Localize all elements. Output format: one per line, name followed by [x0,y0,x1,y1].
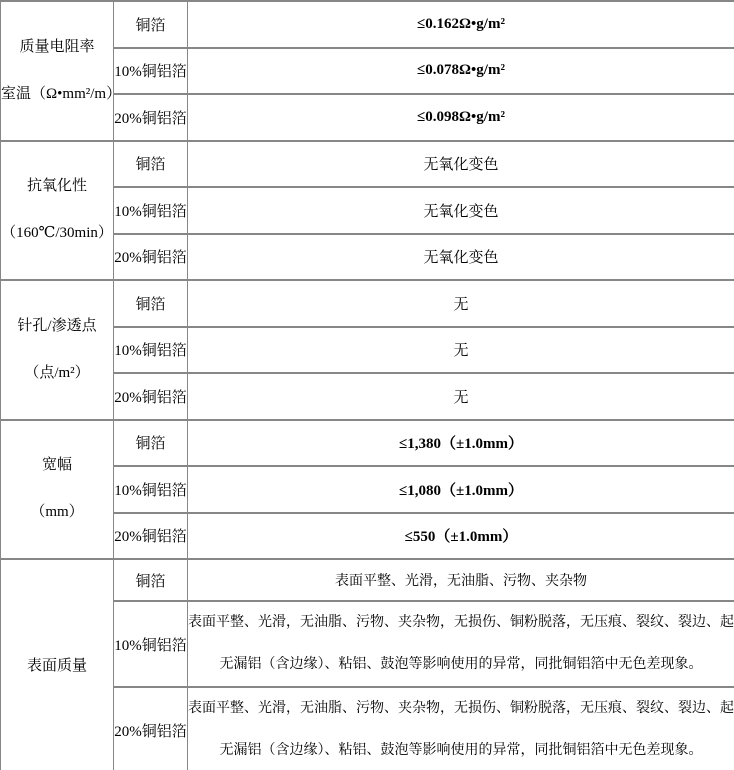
group-header-pinhole: 针孔/渗透点 （点/m²） [1,280,114,420]
spec-value-cell: ≤550（±1.0mm） [188,513,734,560]
table-row: 宽幅 （mm） 铜箔 ≤1,380（±1.0mm） [1,420,734,467]
group-header-line1: 宽幅 [1,442,113,489]
group-header-line2: 室温（Ω•mm²/m） [1,71,113,118]
spec-value-cell: 无氧化变色 [188,141,734,188]
foil-type-cell: 20%铜铝箔 [114,513,188,560]
spec-value: 无 [453,390,468,406]
group-header-line2: （mm） [1,489,113,536]
table-row: 表面质量 铜箔 表面平整、光滑，无油脂、污物、夹杂物 [1,559,734,601]
group-header-line1: 抗氧化性 [1,163,113,210]
spec-value-cell: ≤1,380（±1.0mm） [188,420,734,467]
spec-value: ≤0.078Ω•g/m² [417,62,505,78]
foil-type-cell: 10%铜铝箔 [114,601,188,687]
spec-value-cell: 无氧化变色 [188,187,734,234]
table-row: 质量电阻率 室温（Ω•mm²/m） 铜箔 ≤0.162Ω•g/m² [1,1,734,48]
foil-type-cell: 10%铜铝箔 [114,48,188,95]
group-header-width: 宽幅 （mm） [1,420,114,560]
spec-value-cell: 无氧化变色 [188,234,734,281]
spec-value: 无氧化变色 [423,204,498,220]
spec-value-line2: 无漏铝（含边缘）、粘铝、鼓泡等影响使用的异常，同批铜铝箔中无色差现象。 [188,730,734,770]
spec-value-line1: 表面平整、光滑，无油脂、污物、夹杂物，无损伤、铜粉脱落，无压痕、裂纹、裂边、起皮… [188,602,734,644]
spec-value: 无 [453,343,468,359]
spec-value-cell: 表面平整、光滑，无油脂、污物、夹杂物，无损伤、铜粉脱落，无压痕、裂纹、裂边、起皮… [188,601,734,687]
spec-value: ≤1,080（±1.0mm） [399,483,523,499]
group-header-line1: 针孔/渗透点 [1,303,113,350]
foil-type-cell: 铜箔 [114,280,188,327]
group-header-line1: 表面质量 [1,656,113,676]
spec-value: ≤550（±1.0mm） [405,529,518,545]
group-header-line2: （点/m²） [1,350,113,397]
spec-value: 无氧化变色 [423,157,498,173]
spec-value-line2: 无漏铝（含边缘）、粘铝、鼓泡等影响使用的异常，同批铜铝箔中无色差现象。 [188,644,734,686]
spec-value: 表面平整、光滑，无油脂、污物、夹杂物 [335,574,587,589]
group-header-surface: 表面质量 [1,559,114,770]
foil-type-cell: 铜箔 [114,141,188,188]
spec-value-cell: 无 [188,280,734,327]
spec-value-cell: 表面平整、光滑，无油脂、污物、夹杂物，无损伤、铜粉脱落，无压痕、裂纹、裂边、起皮… [188,687,734,770]
foil-type-cell: 20%铜铝箔 [114,687,188,770]
group-header-oxidation: 抗氧化性 （160℃/30min） [1,141,114,281]
spec-value: 无氧化变色 [423,250,498,266]
foil-type-cell: 10%铜铝箔 [114,327,188,374]
spec-value-cell: ≤0.078Ω•g/m² [188,48,734,95]
spec-value: ≤0.098Ω•g/m² [417,109,505,125]
spec-value-cell: 表面平整、光滑，无油脂、污物、夹杂物 [188,559,734,601]
foil-type-cell: 20%铜铝箔 [114,234,188,281]
table-row: 抗氧化性 （160℃/30min） 铜箔 无氧化变色 [1,141,734,188]
table-row: 针孔/渗透点 （点/m²） 铜箔 无 [1,280,734,327]
spec-value-cell: 无 [188,327,734,374]
spec-table: 质量电阻率 室温（Ω•mm²/m） 铜箔 ≤0.162Ω•g/m² 10%铜铝箔… [0,0,734,770]
group-header-line2: （160℃/30min） [1,210,113,257]
spec-value-cell: ≤0.162Ω•g/m² [188,1,734,48]
spec-value: ≤0.162Ω•g/m² [417,16,505,32]
foil-type-cell: 10%铜铝箔 [114,466,188,513]
document-page: 质量电阻率 室温（Ω•mm²/m） 铜箔 ≤0.162Ω•g/m² 10%铜铝箔… [0,0,734,770]
group-header-line1: 质量电阻率 [1,24,113,71]
spec-value-line1: 表面平整、光滑，无油脂、污物、夹杂物，无损伤、铜粉脱落，无压痕、裂纹、裂边、起皮… [188,688,734,730]
foil-type-cell: 铜箔 [114,559,188,601]
spec-value-cell: ≤0.098Ω•g/m² [188,94,734,141]
foil-type-cell: 20%铜铝箔 [114,373,188,420]
spec-value-cell: ≤1,080（±1.0mm） [188,466,734,513]
spec-value-cell: 无 [188,373,734,420]
foil-type-cell: 铜箔 [114,1,188,48]
spec-value: 无 [453,297,468,313]
foil-type-cell: 10%铜铝箔 [114,187,188,234]
group-header-resistivity: 质量电阻率 室温（Ω•mm²/m） [1,1,114,141]
spec-value: ≤1,380（±1.0mm） [399,436,523,452]
foil-type-cell: 铜箔 [114,420,188,467]
foil-type-cell: 20%铜铝箔 [114,94,188,141]
